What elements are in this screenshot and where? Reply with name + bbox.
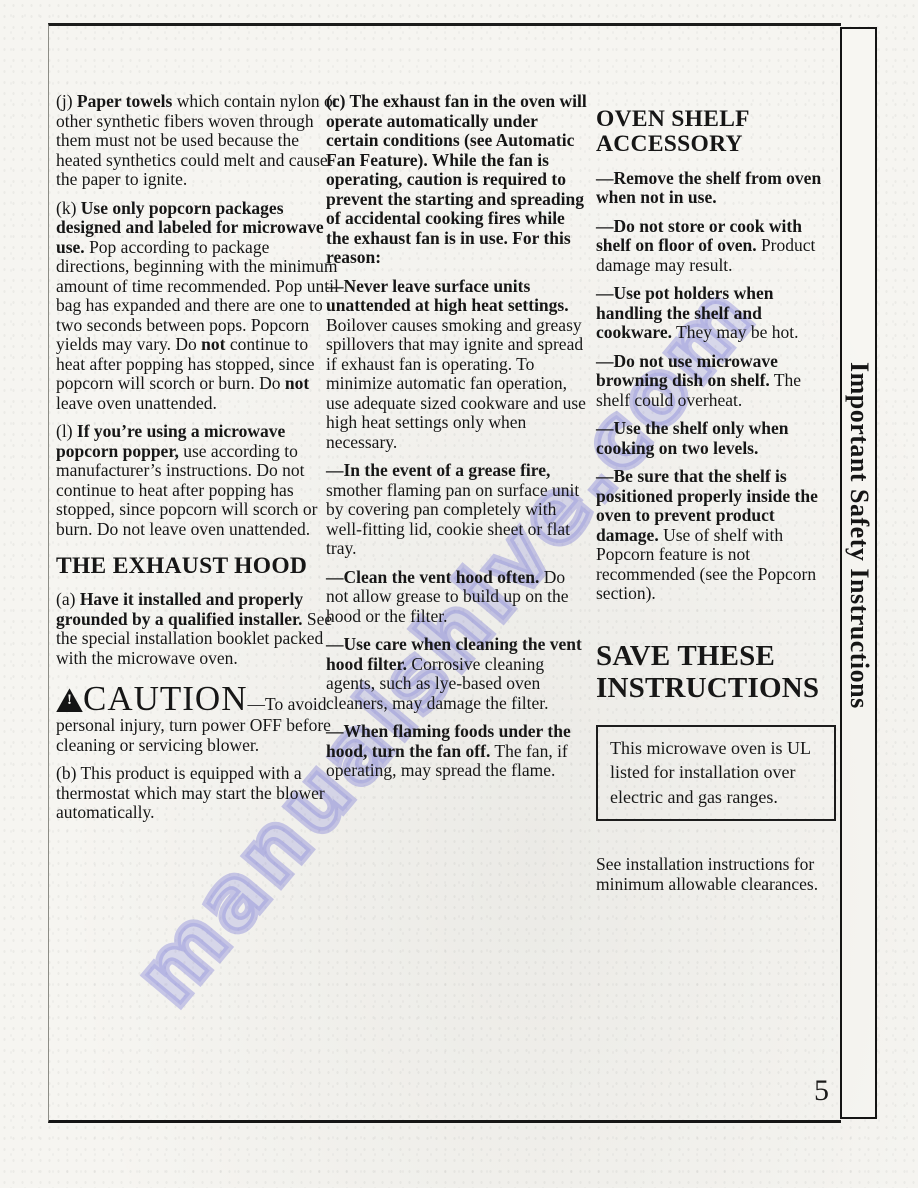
text-run: (j) (56, 91, 77, 111)
warning-triangle-icon: ! (56, 688, 83, 712)
column-left: (j) Paper towels which contain nylon or … (56, 92, 341, 832)
heading-oven-shelf-accessory: OVEN SHELF ACCESSORY (596, 107, 836, 158)
item-grease-fire: —In the event of a grease fire, smother … (326, 461, 588, 559)
heading-exhaust-hood: THE EXHAUST HOOD (56, 554, 341, 579)
heading-save-these-instructions: SAVE THESE INSTRUCTIONS (596, 640, 836, 705)
text-run: OVEN SHELF ACCESSORY (596, 106, 749, 157)
text-run: Have it installed and properly grounded … (56, 589, 303, 629)
paragraph-l: (l) If you’re using a microwave popcorn … (56, 422, 341, 539)
column-middle: (c) The exhaust fan in the oven will ope… (326, 92, 588, 790)
text-run: —Never leave surface units unattended at… (326, 276, 569, 316)
paragraph-j: (j) Paper towels which contain nylon or … (56, 92, 341, 190)
item-two-levels: —Use the shelf only when cooking on two … (596, 419, 836, 458)
text-run: —Clean the vent hood often. (326, 567, 539, 587)
text-run: (c) The exhaust fan in the oven will ope… (326, 91, 587, 267)
item-do-not-store: —Do not store or cook with shelf on floo… (596, 217, 836, 276)
ul-listed-box: This microwave oven is UL listed for ins… (596, 725, 836, 822)
text-run: See installation instructions for minimu… (596, 854, 818, 894)
paragraph-c: (c) The exhaust fan in the oven will ope… (326, 92, 588, 268)
text-run: not (285, 373, 309, 393)
column-right: OVEN SHELF ACCESSORY—Remove the shelf fr… (596, 92, 836, 903)
paragraph-a: (a) Have it installed and properly groun… (56, 590, 341, 668)
scanned-manual-page: manualshive.com (j) Paper towels which c… (0, 0, 918, 1188)
item-browning-dish: —Do not use microwave browning dish on s… (596, 352, 836, 411)
text-run: —Use the shelf only when cooking on two … (596, 418, 789, 458)
item-remove-shelf: —Remove the shelf from oven when not in … (596, 169, 836, 208)
text-run: They may be hot. (672, 322, 799, 342)
text-run: (k) (56, 198, 81, 218)
text-run: —In the event of a grease fire, (326, 460, 550, 480)
text-run: leave oven unattended. (56, 393, 217, 413)
item-pot-holders: —Use pot holders when handling the shelf… (596, 284, 836, 343)
item-flaming-foods: —When flaming foods under the hood, turn… (326, 722, 588, 781)
text-run: (a) (56, 589, 80, 609)
item-never-leave-units: —Never leave surface units unattended at… (326, 277, 588, 453)
warning-exclamation: ! (56, 693, 83, 708)
caution-note: !CAUTION—To avoid personal injury, turn … (56, 681, 341, 755)
text-run: SAVE THESE INSTRUCTIONS (596, 640, 819, 704)
text-run: smother flaming pan on surface unit by c… (326, 480, 579, 559)
text-run: —Do not use microwave browning dish on s… (596, 351, 778, 391)
paragraph-k: (k) Use only popcorn packages designed a… (56, 199, 341, 414)
page-number: 5 (814, 1074, 829, 1108)
item-clean-vent-hood: —Clean the vent hood often. Do not allow… (326, 568, 588, 627)
item-shelf-positioned: —Be sure that the shelf is positioned pr… (596, 467, 836, 604)
text-run: not (201, 334, 225, 354)
boxed-note-text: This microwave oven is UL listed for ins… (610, 736, 824, 810)
item-cleaning-filter: —Use care when cleaning the vent hood fi… (326, 635, 588, 713)
text-run: THE EXHAUST HOOD (56, 553, 307, 579)
caution-word: CAUTION (83, 679, 247, 718)
paragraph-b: (b) This product is equipped with a ther… (56, 764, 341, 823)
text-run: —Remove the shelf from oven when not in … (596, 168, 821, 208)
sidebar-tab: Important Safety Instructions (840, 27, 877, 1119)
text-run: (b) This product is equipped with a ther… (56, 763, 325, 822)
note-clearances: See installation instructions for minimu… (596, 855, 836, 894)
text-run: Boilover causes smoking and greasy spill… (326, 315, 586, 452)
text-run: (l) (56, 421, 77, 441)
sidebar-title: Important Safety Instructions (844, 362, 874, 709)
text-run: Paper towels (77, 91, 172, 111)
